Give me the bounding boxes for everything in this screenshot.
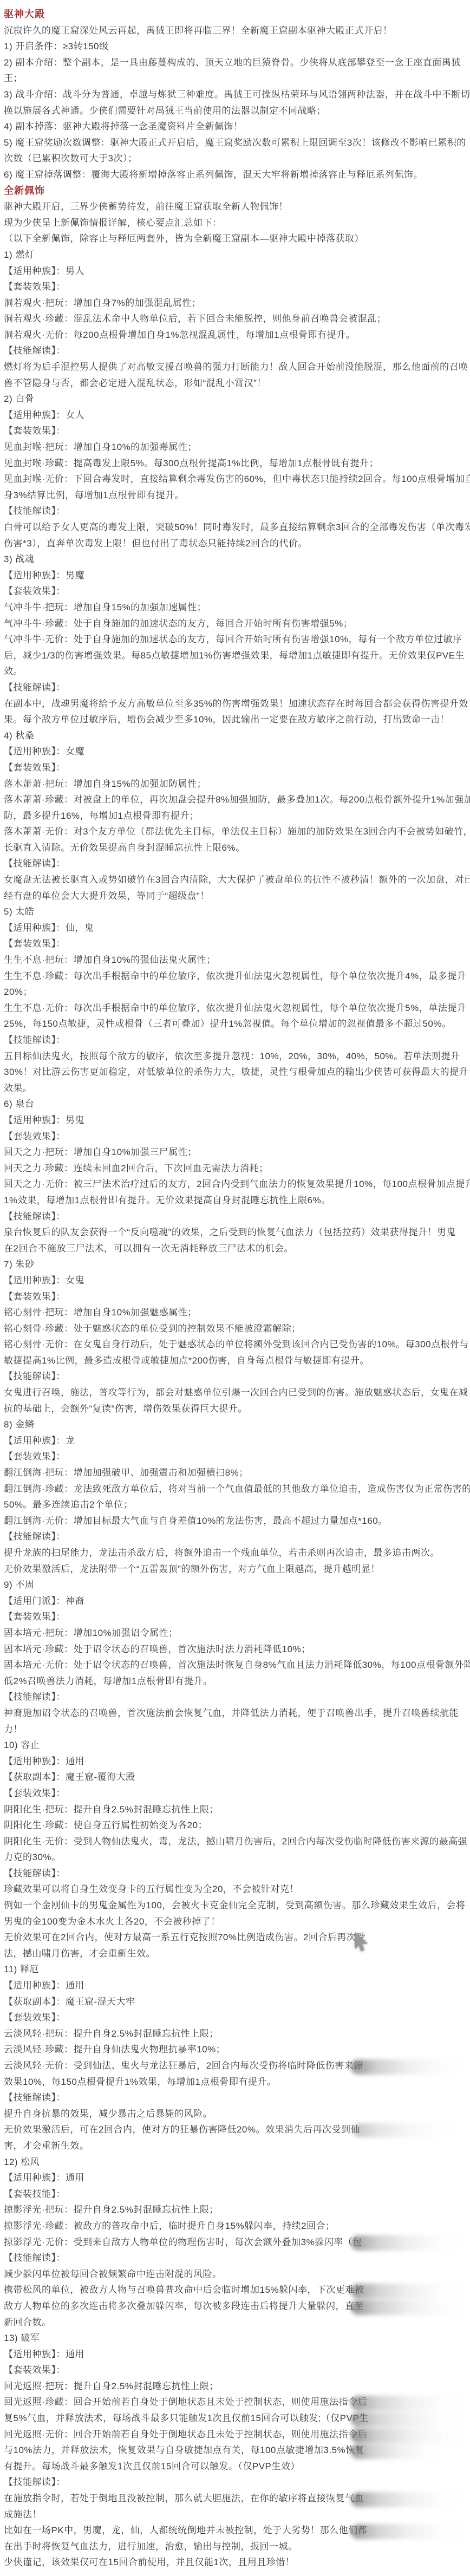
- doc-line: 13) 破军: [4, 2330, 466, 2346]
- doc-line: 伤害*3），直奔单次毒发上限！但也付出了毒状态只能持续2回合的代价。: [4, 536, 466, 552]
- doc-line: 翻江倒海·无价：增加目标最大气血与自身差值10%的龙法伤害，最高不超过力量加点*…: [4, 1513, 466, 1529]
- doc-line: 【适用种族】：男人: [4, 263, 466, 279]
- doc-line: 【技能解读】：: [4, 1209, 466, 1225]
- doc-line: 【技能解读】：: [4, 2474, 466, 2490]
- doc-line: 【适用种族】：通用: [4, 2346, 466, 2363]
- doc-line: 洞若观火·珍藏：混乱法术命中人物单位后，若下回合未能脱控，则他身前召唤兽会被混乱…: [4, 311, 466, 327]
- doc-line: 见血封喉·珍藏：提高毒发上限5%。每300点根骨提高1%比例，每增加1点根骨既有…: [4, 455, 466, 472]
- doc-line: 身3%结算比例，每增加1点根骨即有提升。: [4, 487, 466, 504]
- doc-line: 少侠谨记，该效果仅可在15回合前使用，并且仅能1次，且用且珍惜！: [4, 2554, 466, 2571]
- doc-line: 6) 泉台: [4, 1096, 466, 1112]
- doc-line: 沉寂许久的魔王窟深处风云再起，禺狨王即将再临三界！全新魔王窟副本驱神大殿正式开启…: [4, 23, 466, 39]
- doc-line: 【适用种族】：仙，鬼: [4, 920, 466, 936]
- doc-line: 【套装效果】：: [4, 2010, 466, 2026]
- doc-line: 复5%气血，并释放法术，每场战斗最多只能触发1次且仅前15回合可以触发;（仅PV…: [4, 2410, 466, 2427]
- section-header: 全新佩饰: [4, 183, 466, 199]
- doc-line: 【技能解读】：: [4, 1032, 466, 1048]
- doc-line: 与10%法力，并释放法术，恢复效果与自身敏捷加点有关，每100点敏捷增加3.5%…: [4, 2442, 466, 2458]
- doc-line: 女鬼进行召唤，施法，普攻等行为，都会对魅惑单位引爆一次回合内已受到的伤害。施放魅…: [4, 1385, 466, 1401]
- doc-line: （以下全新佩饰，除容止与释厄两套外，皆为全新魔王窟副本—驱神大殿中掉落获取）: [4, 231, 466, 247]
- doc-line: 落木萧萧·珍藏：对被盘上的单位，再次加盘会提升8%加强加防，最多叠加1次。每20…: [4, 792, 466, 808]
- doc-line: 在出手时将恢复气血法力，进行加速，治愈，输出与控制，扳回一城。: [4, 2539, 466, 2555]
- doc-line: 阴阳化生·无价：受到人物仙法鬼火，毒，龙法，撼山啸月伤害后，2回合内每次受伤临时…: [4, 1834, 466, 1850]
- doc-line: 回光返照·珍藏：回合开始前若自身处于倒地状态且未处于控制状态，则使用施法指令后: [4, 2394, 466, 2410]
- doc-line: 阴阳化生·把玩：提升自身2.5%封混睡忘抗性上限；: [4, 1802, 466, 1818]
- doc-line: 7) 朱砂: [4, 1256, 466, 1273]
- doc-line: 【套装效果】：: [4, 279, 466, 295]
- doc-line: 后，减少1/3的伤害增强效果。每85点敏捷增加1%伤害增强效果，每增加1点敏捷即…: [4, 648, 466, 664]
- doc-line: 经有盘的单位会大大提升效果，等同于“超级盘”！: [4, 888, 466, 904]
- doc-line: 男鬼的金100变为金木水火土各20，不会被秒掉了！: [4, 1914, 466, 1930]
- doc-line: 铭心刻骨·把玩：增加自身10%加强魅惑属性；: [4, 1305, 466, 1321]
- doc-line: 气冲斗牛·珍藏：处于自身施加的加速状态的友方，每回合开始时所有伤害增强5%；: [4, 616, 466, 632]
- doc-line: 见血封喉·无价：下回合毒发时，直接结算剩余毒发伤害的60%，但中毒状态只能持续2…: [4, 471, 466, 487]
- doc-line: 驱神大殿开启，三界少侠蓄势待发，前往魔王窟获取全新人物佩饰！: [4, 199, 466, 215]
- doc-line: 落木萧萧·无价：对3个友方单位（群法优先主目标，单法仅主目标）施加的加防效果在3…: [4, 824, 466, 840]
- doc-line: 无价效果激活后，可在2回合内，使对方的狂暴伤害降低20%。效果消失后再次受到仙: [4, 2122, 466, 2138]
- doc-line: 掠影浮光·珍藏：被敌方的普攻命中后，临时提升自身15%躲闪率，持续2回合；: [4, 2218, 466, 2234]
- doc-line: 燃灯将为后手混控男人提供了对高敏支援召唤兽的强力打断能力！敌人回合开始前没能脱混…: [4, 359, 466, 375]
- doc-line: 【获取副本】：魔王窟-混天大牢: [4, 1994, 466, 2010]
- doc-line: 【适用门派】：神裔: [4, 1593, 466, 1609]
- doc-line: 在副本中，战魂男魔将给予友方高敏单位至多35%的伤害增强效果！加速状态存在时每回…: [4, 696, 466, 712]
- doc-line: 【套装效果】：: [4, 1609, 466, 1625]
- doc-line: 固本培元·无价：处于诏令状态的召唤兽，首次施法时恢复自身8%气血且法力消耗降低3…: [4, 1657, 466, 1673]
- doc-line: 气冲斗牛·无价：处于自身施加的加速状态的友方，每回合开始时所有伤害增强10%，每…: [4, 631, 466, 648]
- doc-line: 【适用种族】：通用: [4, 1978, 466, 1994]
- doc-line: 1%效果，每增加1点根骨即有提升。无价效果提高自身封混睡忘抗性上限6%。: [4, 1192, 466, 1209]
- doc-line: 防，最多提升16%，每增加1点根骨即有提升；: [4, 808, 466, 824]
- doc-line: 神裔施加诏令状态的召唤兽，首次施法前会恢复气血，并降低法力消耗，便于召唤兽出手，…: [4, 1705, 466, 1721]
- doc-line: 效。: [4, 663, 466, 680]
- doc-line: 成施法！: [4, 2507, 466, 2523]
- doc-line: 【技能解读】：: [4, 2090, 466, 2106]
- doc-line: 生生不息·把玩：增加自身10%的强仙法鬼火属性；: [4, 952, 466, 968]
- doc-line: 珍藏效果可以将自身生效变身卡的五行属性变为全20，不会被针对克！: [4, 1881, 466, 1897]
- doc-line: 掠影浮光·把玩：提升自身2.5%封混睡忘抗性上限；: [4, 2202, 466, 2218]
- doc-line: 【套装效果】：: [4, 1289, 466, 1305]
- doc-line: 阴阳化生·珍藏：使自身五行属性初始变为各20；: [4, 1817, 466, 1834]
- doc-line: 提升自身抗暴的效果，减少暴击之后暴毙的风险。: [4, 2106, 466, 2122]
- doc-line: 现为少侠呈上新佩饰情报详解，核心要点汇总如下：: [4, 215, 466, 231]
- doc-line: 长驱直入清除。无价效果提高自身封混睡忘抗性上限6%。: [4, 840, 466, 856]
- doc-line: 25%，每150点敏捷，灵性或根骨（三者可叠加）提升1%忽视值。每个单位增加的忽…: [4, 1016, 466, 1032]
- doc-line: 减少躲闪单位被每回合被频繁命中连击附混的风险。: [4, 2266, 466, 2282]
- doc-line: 无价效果激活后，龙法附带一个“五雷轰顶”的额外伤害，对方气血上限越高，提升越明显…: [4, 1561, 466, 1577]
- doc-line: 比如在一场PK中，男魔，龙，仙，人都统统倒地并未被控制，处于大劣势！那么他们都: [4, 2522, 466, 2539]
- doc-line: 效果。: [4, 1080, 466, 1097]
- doc-line: 力克的30%。: [4, 1849, 466, 1866]
- doc-line: 【套装效果】：: [4, 2362, 466, 2378]
- doc-line: 在施放指令时，若处于倒地且没被控制，那么就大胆施法，在你的敏序将直接恢复气血: [4, 2490, 466, 2507]
- section-header: 驱神大殿: [4, 6, 466, 23]
- doc-line: 【技能解读】：: [4, 680, 466, 696]
- doc-line: 气冲斗牛·把玩：增加自身15%的加强加速属性；: [4, 599, 466, 616]
- doc-line: 30%！对比游云伤害更加稳定，对低敏单位的杀伤力大，敏捷，灵性与根骨加点的输出少…: [4, 1064, 466, 1080]
- doc-line: 有提升。每场战斗最多触发1次且仅前15回合可以触发。（仅PVP生效）: [4, 2458, 466, 2475]
- doc-line: 王；: [4, 70, 466, 87]
- doc-line: 【套装效果】：: [4, 1449, 466, 1465]
- doc-line: 5) 魔王窟奖励次数调整：驱神大殿正式开启后，魔王窟奖励次数可累积上限回调至3次…: [4, 135, 466, 151]
- doc-line: 5) 太皓: [4, 904, 466, 920]
- doc-line: 【适用种族】：男魔: [4, 568, 466, 584]
- doc-line: 【技能解读】：: [4, 1689, 466, 1705]
- doc-line: 携带松风的单位，被敌方人物与召唤兽普攻命中后会临时增加15%躲闪率，下次更难被: [4, 2282, 466, 2298]
- doc-line: 2) 副本介绍：整个副本，是一具由藤蔓构成的、顶天立地的巨猿脊骨。少侠将从底部攀…: [4, 55, 466, 71]
- doc-line: 回光返照·把玩：提升自身2.5%封混睡忘抗性上限；: [4, 2378, 466, 2395]
- doc-line: 【适用种族】：通用: [4, 1753, 466, 1770]
- doc-line: 抗的基础上，会额外“复读”伤害，增伤效果获得巨大提升。: [4, 1401, 466, 1417]
- doc-line: 洞若观火·把玩：增加自身7%的加强混乱属性；: [4, 295, 466, 311]
- doc-line: 【技能解读】：: [4, 1368, 466, 1385]
- doc-line: 低2%召唤兽法力消耗，每增加1点根骨即有提升。: [4, 1673, 466, 1690]
- doc-line: 【套装技能】：: [4, 2186, 466, 2202]
- doc-line: 回天之力·把玩：增加自身10%加强三尸属性；: [4, 1144, 466, 1160]
- doc-line: 敌方人物单位的多次连击将多次叠加躲闪率，每次被多段连击后将提升大量躲闪，直至: [4, 2298, 466, 2314]
- doc-line: 【技能解读】：: [4, 343, 466, 359]
- doc-line: 力！: [4, 1721, 466, 1738]
- doc-line: 铭心刻骨·珍藏：处于魅惑状态的单位受到的控制效果不能被澄霜解除；: [4, 1321, 466, 1337]
- doc-line: 回天之力·无价：被三尸法术治疗过后的友方，2回合内受到气血法力的恢复效果提升10…: [4, 1176, 466, 1192]
- doc-line: 泉台恢复后的队友会获得一个“反向噬魂”的效果，之后受到的恢复气血法力（包括拉药）…: [4, 1224, 466, 1241]
- doc-line: 【套装效果】：: [4, 936, 466, 952]
- doc-line: 翻江倒海·珍藏：龙法致死敌方单位后，将对当前一个气血值最低的其他敌方单位追击，造…: [4, 1481, 466, 1497]
- doc-line: 无价效果可在2回合内，使对方最高一系五行克按照70%比例造成伤害。2回合后再次受: [4, 1929, 466, 1946]
- doc-line: 新回合数。: [4, 2314, 466, 2331]
- doc-line: 2) 白骨: [4, 391, 466, 407]
- doc-line: 在2回合不施放三尸法术，可以拥有一次无消耗释放三尸法术的机会。: [4, 1241, 466, 1257]
- doc-line: 【适用种族】：男鬼: [4, 1112, 466, 1129]
- doc-line: 【技能解读】：: [4, 1866, 466, 1882]
- doc-line: 果。每个敌方单位过敏序后，增伤会减少至多10%，因此输出一定要在敌方敏序之前行动…: [4, 712, 466, 728]
- doc-line: 法，撼山啸月伤害，才会重新生效。: [4, 1946, 466, 1962]
- doc-line: 4) 副本掉落：驱神大殿将掉落一念圣魔资料片全新佩饰！: [4, 119, 466, 135]
- doc-line: 8) 金鳞: [4, 1417, 466, 1433]
- doc-line: 掠影浮光·无价：受到来自敌方人物单位的物理伤害时，每次会额外叠加3%躲闪率（包: [4, 2234, 466, 2251]
- doc-line: 白骨可以给予女人更高的毒发上限，突破50%！同时毒发时，最多直接结算剩余3回合的…: [4, 519, 466, 536]
- doc-line: 云淡风轻·把玩：提升自身2.5%封混睡忘抗性上限；: [4, 2026, 466, 2042]
- doc-line: 【技能解读】：: [4, 503, 466, 519]
- doc-line: 云淡风轻·无价：受到仙法、鬼火与龙法狂暴后，2回合内每次受伤将临时降低伤害来源: [4, 2058, 466, 2074]
- doc-line: 换以施展各式神通。少侠们需要针对禺狨王当前使用的法器以制定不同战略；: [4, 103, 466, 119]
- doc-line: 例如一个金刚仙卡的男鬼金属性为100，会被火卡克金仙完全克制，受到高额伤害。那么…: [4, 1897, 466, 1914]
- doc-line: 【技能解读】：: [4, 856, 466, 872]
- doc-line: 提升龙族的扫尾能力，龙法击杀敌方后，将额外追击一个残血单位，若击杀则再次追击，最…: [4, 1545, 466, 1561]
- doc-line: 【适用种族】：女魔: [4, 744, 466, 760]
- doc-line: 【适用种族】：通用: [4, 2170, 466, 2186]
- doc-line: 【适用种族】：龙: [4, 1433, 466, 1449]
- doc-line: 五目标仙法鬼火，按照每个敌方的敏序，依次至多提升忽视：10%，20%，30%，4…: [4, 1048, 466, 1065]
- doc-line: 【技能解读】：: [4, 1529, 466, 1545]
- doc-line: 翻江倒海·把玩：增加加强破甲、加强震击和加强横扫8%；: [4, 1465, 466, 1481]
- doc-line: 见血封喉·把玩：增加自身10%的加强毒属性；: [4, 439, 466, 455]
- doc-line: 11) 释厄: [4, 1961, 466, 1978]
- doc-line: 【技能解读】：: [4, 2250, 466, 2266]
- doc-line: 固本培元·把玩：增加10%加强诏令属性；: [4, 1625, 466, 1641]
- doc-line: 云淡风轻·珍藏：提升自身仙法鬼火物理抗暴率10%；: [4, 2042, 466, 2058]
- doc-line: 回天之力·珍藏：连续未回血2回合后，下次回血无需法力消耗；: [4, 1160, 466, 1177]
- doc-line: 害，才会重新生效。: [4, 2138, 466, 2154]
- doc-line: 【套装效果】：: [4, 760, 466, 776]
- doc-line: 生生不息·无价：每次出手根据命中的单位敏序，依次提升仙法鬼火忽视属性，每个单位依…: [4, 1000, 466, 1016]
- doc-line: 1) 燃灯: [4, 247, 466, 263]
- doc-line: 10) 容止: [4, 1737, 466, 1753]
- doc-line: 4) 秋桑: [4, 728, 466, 744]
- doc-line: 回光返照·无价：回合开始前若自身处于倒地状态且未处于控制状态，则使用施法指令后: [4, 2427, 466, 2443]
- doc-line: 12) 松风: [4, 2154, 466, 2170]
- doc-line: 【套装效果】：: [4, 1129, 466, 1145]
- doc-line: 敏捷提高1%比例，最多造成根骨或敏捷加点*200伤害，自身每点根骨与敏捷即有提升…: [4, 1353, 466, 1369]
- doc-line: 【套装效果】：: [4, 583, 466, 599]
- doc-line: 兽不管隐身与否，都会必定进入混乱状态，形如“混乱小霄汉”！: [4, 375, 466, 392]
- doc-line: 6) 魔王窟掉落调整：覆海大殿将新增掉落容止系列佩饰，混天大牢将新增掉落容止与释…: [4, 167, 466, 183]
- doc-line: 固本培元·珍藏：处于诏令状态的召唤兽，首次施法时法力消耗降低10%；: [4, 1641, 466, 1658]
- doc-line: 1) 开启条件：≥3转150级: [4, 38, 466, 55]
- doc-line: 铭心刻骨·无价：在女鬼自身行动后，处于魅惑状态的单位将额外受到该回合内已受伤害的…: [4, 1336, 466, 1353]
- doc-line: 【获取副本】：魔王窟-覆海大殿: [4, 1769, 466, 1785]
- document-page: 驱神大殿沉寂许久的魔王窟深处风云再起，禺狨王即将再临三界！全新魔王窟副本驱神大殿…: [0, 0, 470, 2576]
- doc-line: 【适用种族】：女人: [4, 407, 466, 423]
- doc-line: 落木萧萧·把玩：增加自身15%的加强加防属性；: [4, 776, 466, 792]
- doc-line: 【适用种族】：女鬼: [4, 1273, 466, 1289]
- doc-line: 女魔盘无法被长驱直入或势如破竹在3回合内清除，大大保护了被盘单位的抗性不被秒清！…: [4, 872, 466, 888]
- doc-line: 20%；: [4, 984, 466, 1000]
- doc-line: 9) 不周: [4, 1577, 466, 1593]
- doc-line: 【套装效果】：: [4, 1785, 466, 1802]
- doc-line: 3) 战魂: [4, 551, 466, 568]
- doc-line: 洞若观火·无价：每200点根骨增加自身1%忽视混乱属性，每增加1点根骨即有提升。: [4, 327, 466, 343]
- doc-line: 3) 战斗介绍：战斗分为普通，卓越与炼狱三种难度。禺狨王可操纵枯荣环与风语翎两种…: [4, 87, 466, 103]
- doc-line: 【套装效果】：: [4, 423, 466, 439]
- doc-line: 50%。最多连续追击2个单位；: [4, 1497, 466, 1513]
- doc-line: 生生不息·珍藏：每次出手根据命中的单位敏序，依次提升仙法鬼火忽视属性，每个单位依…: [4, 968, 466, 984]
- doc-line: 次数（已累积次数可大于3次）；: [4, 151, 466, 167]
- document-body: 驱神大殿沉寂许久的魔王窟深处风云再起，禺狨王即将再临三界！全新魔王窟副本驱神大殿…: [4, 6, 466, 2571]
- doc-line: 效果10%，每150点根骨提升1%效果，每增加1点根骨即有提升。: [4, 2074, 466, 2090]
